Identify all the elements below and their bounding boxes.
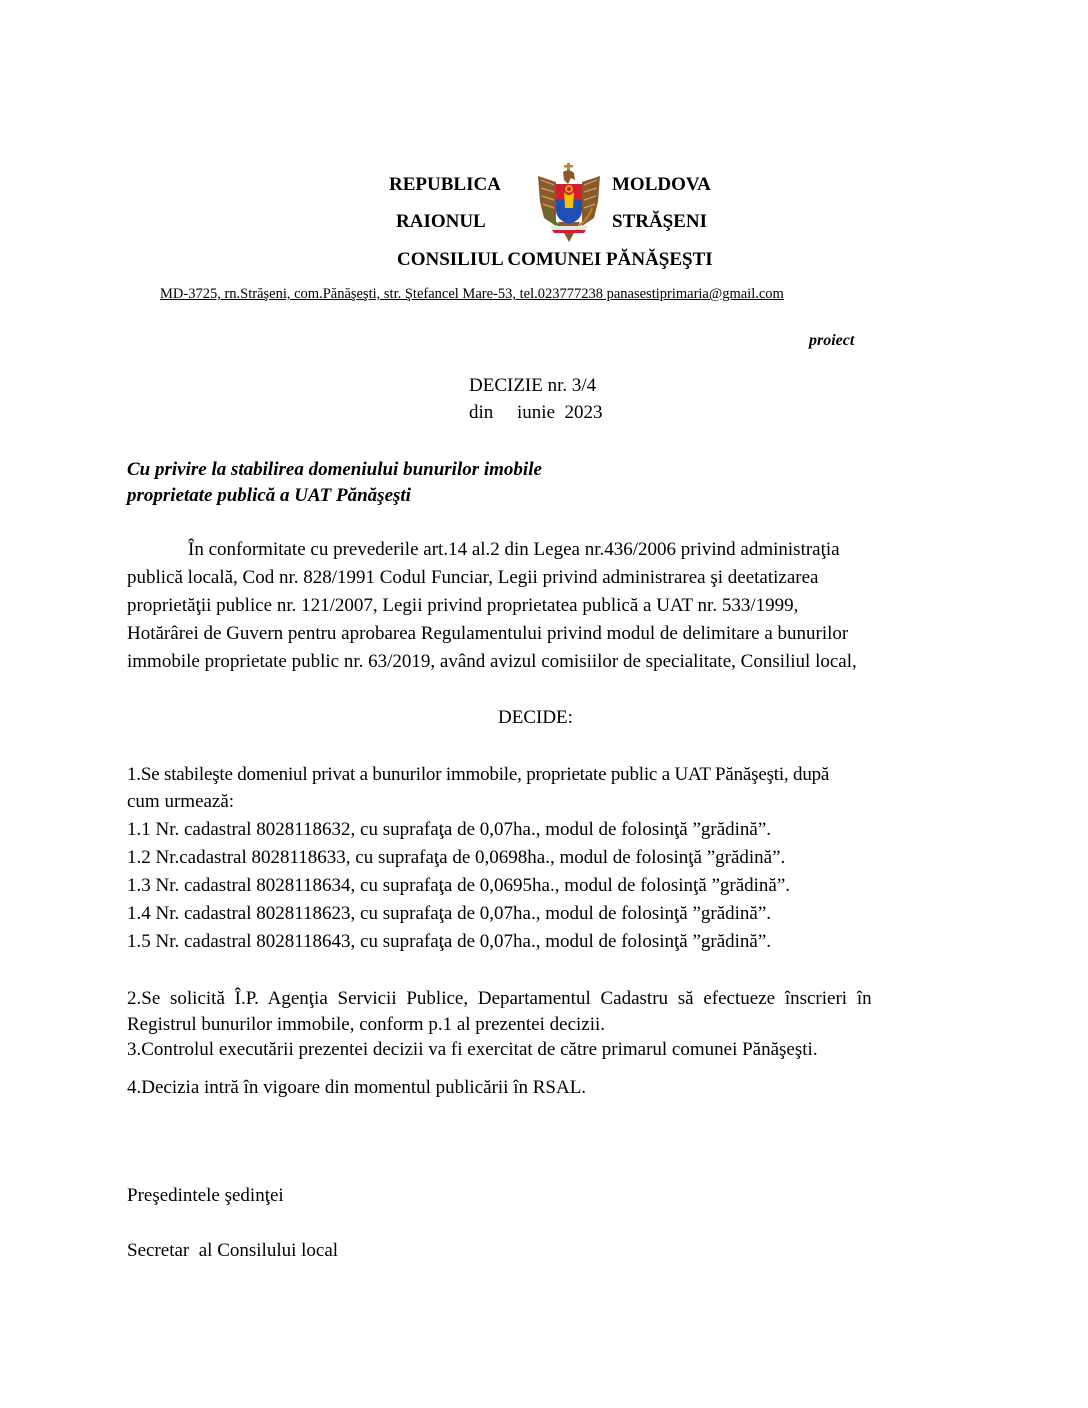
preamble-line: În conformitate cu prevederile art.14 al… (188, 539, 840, 561)
draft-label: proiect (809, 332, 854, 350)
signature-secretary: Secretar al Consilului local (127, 1240, 338, 1262)
parcel-item: 1.5 Nr. cadastral 8028118643, cu suprafa… (127, 931, 771, 953)
decision-date: din iunie 2023 (469, 402, 603, 424)
subject-line-1: Cu privire la stabilirea domeniului bunu… (127, 459, 542, 481)
decide-heading: DECIDE: (498, 707, 573, 729)
article-2-line-2: Registrul bunurilor immobile, conform p.… (127, 1014, 605, 1036)
council-name: CONSILIUL COMUNEI PĂNĂŞEŞTI (397, 249, 713, 271)
header-straseni: STRĂŞENI (612, 211, 707, 233)
signature-president: Preşedintele şedinţei (127, 1185, 284, 1207)
article-4: 4.Decizia intră în vigoare din momentul … (127, 1077, 586, 1099)
contact-address: MD-3725, rn.Străşeni, com.Pănăşeşti, str… (160, 286, 784, 303)
preamble-line: Hotărârei de Guvern pentru aprobarea Reg… (127, 623, 848, 645)
article-2-line-1: 2.Se solicită Î.P. Agenţia Servicii Publ… (127, 988, 872, 1010)
preamble-line: immobile proprietate public nr. 63/2019,… (127, 651, 857, 673)
header-moldova: MOLDOVA (612, 174, 711, 196)
header-republica: REPUBLICA (389, 174, 501, 196)
parcel-item: 1.2 Nr.cadastral 8028118633, cu suprafaţ… (127, 847, 785, 869)
article-1-intro-cont: cum urmează: (127, 791, 234, 813)
coat-of-arms-icon (534, 162, 604, 244)
parcel-item: 1.4 Nr. cadastral 8028118623, cu suprafa… (127, 903, 771, 925)
header-raionul: RAIONUL (396, 211, 486, 233)
preamble-line: proprietăţii publice nr. 121/2007, Legii… (127, 595, 798, 617)
preamble-line: publică locală, Cod nr. 828/1991 Codul F… (127, 567, 819, 589)
parcel-item: 1.3 Nr. cadastral 8028118634, cu suprafa… (127, 875, 790, 897)
article-3: 3.Controlul executării prezentei decizii… (127, 1039, 818, 1061)
article-1-intro: 1.Se stabileşte domeniul privat a bunuri… (127, 764, 829, 786)
subject-line-2: proprietate publică a UAT Pănăşeşti (127, 485, 411, 507)
parcel-item: 1.1 Nr. cadastral 8028118632, cu suprafa… (127, 819, 771, 841)
decision-number: DECIZIE nr. 3/4 (469, 375, 596, 397)
